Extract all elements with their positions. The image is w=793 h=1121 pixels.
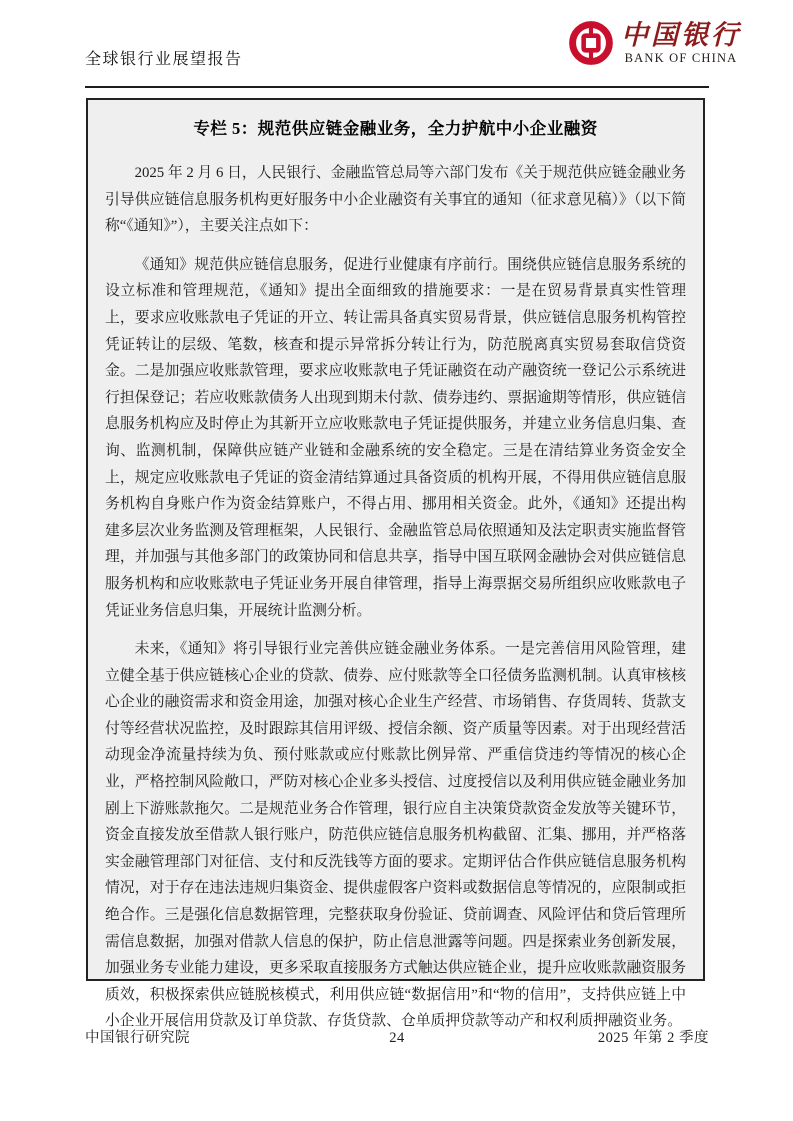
boc-coin-emblem-icon xyxy=(568,20,614,66)
column-title: 专栏 5：规范供应链金融业务，全力护航中小企业融资 xyxy=(105,115,686,139)
footer-quarter: 2025 年第 2 季度 xyxy=(501,1026,709,1047)
document-page: 全球银行业展望报告 中国银行 BANK OF CHINA 专栏 5：规范供应链金… xyxy=(0,0,793,1121)
paragraph-future-outlook: 未来，《通知》将引导银行业完善供应链金融业务体系。一是完善信用风险管理，建立健全… xyxy=(105,636,686,1035)
paragraph-intro: 2025 年 2 月 6 日，人民银行、金融监管总局等六部门发布《关于规范供应链… xyxy=(105,160,686,240)
column-5-box: 专栏 5：规范供应链金融业务，全力护航中小企业融资 2025 年 2 月 6 日… xyxy=(86,98,705,981)
logo-text: 中国银行 BANK OF CHINA xyxy=(621,22,741,65)
report-title: 全球银行业展望报告 xyxy=(85,46,243,69)
logo-english-name: BANK OF CHINA xyxy=(625,52,738,65)
footer-institute: 中国银行研究院 xyxy=(85,1026,293,1047)
logo-chinese-name: 中国银行 xyxy=(621,22,741,49)
page-footer: 中国银行研究院 24 2025 年第 2 季度 xyxy=(85,1026,709,1047)
paragraph-notice-measures: 《通知》规范供应链信息服务，促进行业健康有序前行。围绕供应链信息服务系统的设立标… xyxy=(105,252,686,624)
header-divider xyxy=(85,86,709,88)
bank-of-china-logo: 中国银行 BANK OF CHINA xyxy=(568,20,741,66)
footer-page-number: 24 xyxy=(293,1030,501,1047)
